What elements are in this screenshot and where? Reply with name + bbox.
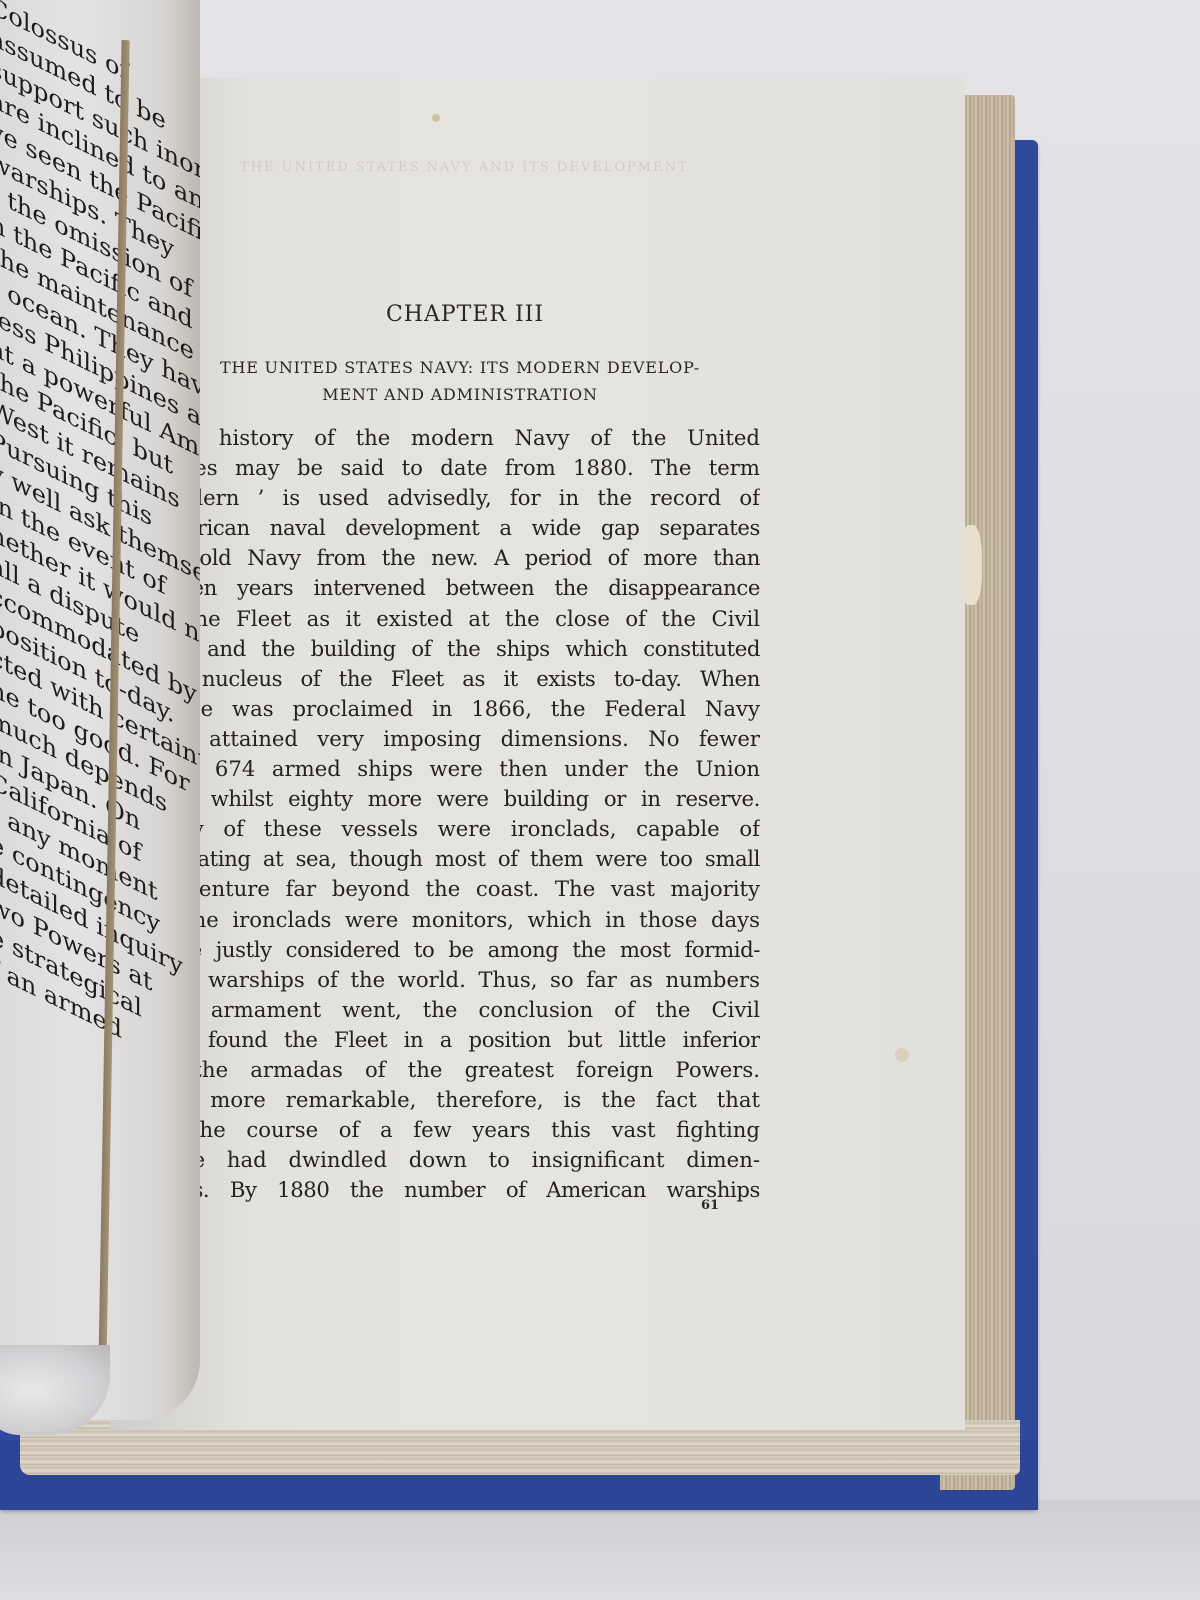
text-line: War found the Fleet in a position but li… [150, 1025, 760, 1055]
text-line: States may be said to date from 1880. Th… [150, 453, 760, 483]
text-line: peace was proclaimed in 1866, the Federa… [150, 694, 760, 724]
text-line: the old Navy from the new. A period of m… [150, 543, 760, 573]
text-line: flag, whilst eighty more were building o… [150, 784, 760, 814]
left-page-curled: Colossus of assumed to be support such i… [0, 0, 200, 1420]
text-line: THE history of the modern Navy of the Un… [150, 423, 760, 453]
text-line: to the armadas of the greatest foreign P… [150, 1055, 760, 1085]
table-surface [0, 1500, 1200, 1600]
text-line: The more remarkable, therefore, is the f… [150, 1085, 760, 1115]
page-number: 61 [690, 1198, 730, 1213]
text-line: able warships of the world. Thus, so far… [150, 965, 760, 995]
left-page-text: Colossus of assumed to be support such i… [0, 0, 200, 1109]
chapter-title: THE UNITED STATES NAVY: ITS MODERN DEVEL… [160, 354, 760, 408]
text-line: than 674 armed ships were then under the… [150, 754, 760, 784]
text-line: to venture far beyond the coast. The vas… [150, 874, 760, 904]
right-page: THE UNITED STATES NAVY AND ITS DEVELOPME… [110, 78, 965, 1430]
text-line: American naval development a wide gap se… [150, 513, 760, 543]
text-line: had attained very imposing dimensions. N… [150, 724, 760, 754]
text-line: and armament went, the conclusion of the… [150, 995, 760, 1025]
text-line: force had dwindled down to insignificant… [150, 1145, 760, 1175]
text-line: War and the building of the ships which … [150, 634, 760, 664]
text-line: sions. By 1880 the number of American wa… [150, 1175, 760, 1205]
text-line: ‘modern ’ is used advisedly, for in the … [150, 483, 760, 513]
chapter-label: CHAPTER III [170, 302, 760, 327]
text-line: fifteen years intervened between the dis… [150, 573, 760, 603]
text-line: the nucleus of the Fleet as it exists to… [150, 664, 760, 694]
text-line: of the ironclads were monitors, which in… [150, 905, 760, 935]
text-line: Sixty of these vessels were ironclads, c… [150, 814, 760, 844]
text-line: in the course of a few years this vast f… [150, 1115, 760, 1145]
body-paragraph: THE history of the modern Navy of the Un… [150, 423, 760, 1205]
text-line: of the Fleet as it existed at the close … [150, 604, 760, 634]
chapter-title-line: THE UNITED STATES NAVY: ITS MODERN DEVEL… [160, 354, 760, 381]
foxing-spot [895, 1048, 909, 1062]
chapter-title-line: MENT AND ADMINISTRATION [160, 381, 760, 408]
text-block: CHAPTER III THE UNITED STATES NAVY: ITS … [170, 78, 760, 1430]
text-line: operating at sea, though most of them we… [150, 844, 760, 874]
text-line: were justly considered to be among the m… [150, 935, 760, 965]
